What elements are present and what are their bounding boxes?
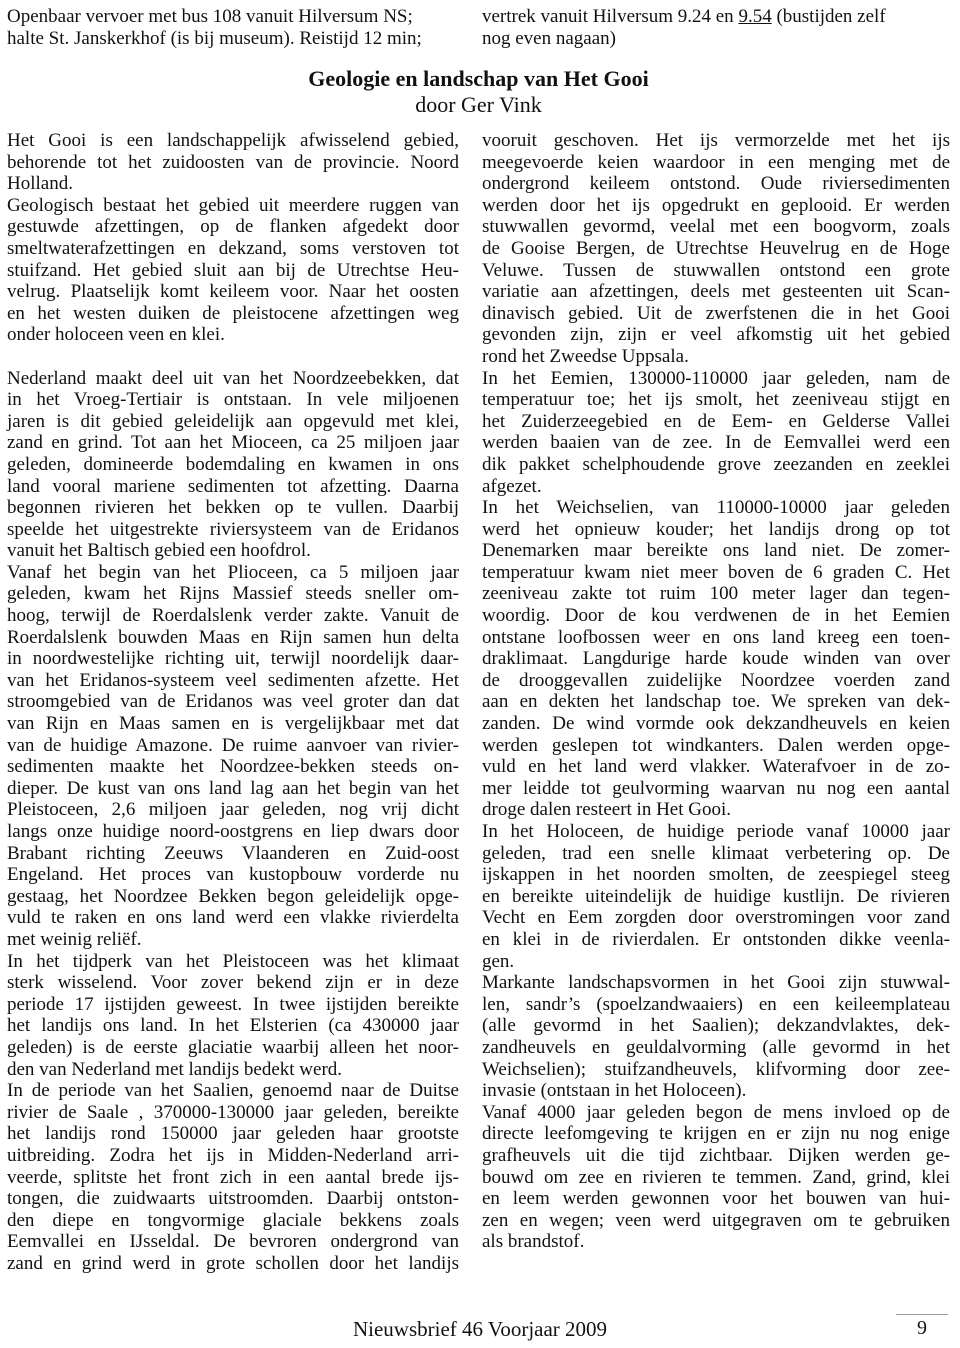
text-line: en leem werden gewonnen voor het bouwen … bbox=[482, 1188, 950, 1210]
text-line: Vanaf het begin van het Plioceen, ca 5 m… bbox=[7, 562, 459, 584]
text-line: meegevoerde keien waardoor in een mengin… bbox=[482, 152, 950, 174]
text-line: In het Eemien, 130000-110000 jaar gelede… bbox=[482, 368, 950, 390]
text-line: dinavisch gebied. Uit de zwerfstenen die… bbox=[482, 303, 950, 325]
text-line: sterk wisselend. Voor zover bekend zijn … bbox=[7, 972, 459, 994]
paragraph: Geologisch bestaat het gebied uit meerde… bbox=[7, 195, 459, 346]
paragraph: In de periode van het Saalien, genoemd n… bbox=[7, 1080, 459, 1274]
text-line: Brabant richting Zeeuws Vlaanderen en Zu… bbox=[7, 843, 459, 865]
text-line: invasie (ontstaan in het Holoceen). bbox=[482, 1080, 950, 1102]
text-line: stroomgebied van de Eridanos was veel gr… bbox=[7, 691, 459, 713]
text-line: uitbreiding. Zodra het ijs in Midden-Ned… bbox=[7, 1145, 459, 1167]
text-line: in noordwestelijke richting uit, terwijl… bbox=[7, 648, 459, 670]
text-line: Eemvallei en IJsseldal. De bevroren onde… bbox=[7, 1231, 459, 1253]
text-line: velrug. Plaatselijk komt keileem voor. N… bbox=[7, 281, 459, 303]
text-line: afgezet. bbox=[482, 476, 950, 498]
text-line: jaren is dit gebied geleidelijk aan opge… bbox=[7, 411, 459, 433]
paragraph: In het Eemien, 130000-110000 jaar gelede… bbox=[482, 368, 950, 498]
text-line: werden baaien van de zee. In de Eemvalle… bbox=[482, 432, 950, 454]
text-line: temperatuur toe; het ijs smolt, het zeen… bbox=[482, 389, 950, 411]
text-line: en klei in de rivierdalen. Er ontstonden… bbox=[482, 929, 950, 951]
text-line: Denemarken maar bereikte ons land niet. … bbox=[482, 540, 950, 562]
text-line: geleden, kwam het Rijns Massief steeds s… bbox=[7, 583, 459, 605]
text-line: den diepe en tongvormige glaciale bekken… bbox=[7, 1210, 459, 1232]
text-line: geleden) is de eerste glaciatie waarbij … bbox=[7, 1037, 459, 1059]
text-line: sedimenten maakte het Noordzee-bekken st… bbox=[7, 756, 459, 778]
text-line: aan en dekten het landschap toe. We spre… bbox=[482, 691, 950, 713]
paragraph: Vanaf 4000 jaar geleden begon de mens in… bbox=[482, 1102, 950, 1253]
text-line: (alle gevormd in het Saalien); dekzandvl… bbox=[482, 1015, 950, 1037]
text-line: Nederland maakt deel uit van het Noordze… bbox=[7, 368, 459, 390]
text-line: woordig. Door de kou verdwenen de in het… bbox=[482, 605, 950, 627]
text-line: stuifzand. Het gebied sluit aan bij de U… bbox=[7, 260, 459, 282]
article-byline: door Ger Vink bbox=[7, 92, 950, 118]
text-line: met weinig reliëf. bbox=[7, 929, 459, 951]
text-line: Vecht en Eem zorgden door overstromingen… bbox=[482, 907, 950, 929]
text-line: zen en wegen; veen werd uitgegraven om t… bbox=[482, 1210, 950, 1232]
transport-note-line: Openbaar vervoer met bus 108 vanuit Hilv… bbox=[7, 6, 459, 28]
text-line: het landijs rond 150000 jaar geleden haa… bbox=[7, 1123, 459, 1145]
text-line: behorende tot het zuidoosten van de prov… bbox=[7, 152, 459, 174]
transport-note: Openbaar vervoer met bus 108 vanuit Hilv… bbox=[7, 6, 950, 50]
newsletter-page: Openbaar vervoer met bus 108 vanuit Hilv… bbox=[0, 0, 960, 1348]
footer-page-number: 9 bbox=[896, 1314, 948, 1340]
article-title-block: Geologie en landschap van Het Gooi door … bbox=[7, 66, 950, 118]
text-line: zand en grind werd in grote schollen doo… bbox=[7, 1253, 459, 1275]
text-line: werden door het ijs opgedrukt en geplooi… bbox=[482, 195, 950, 217]
text-line: mer leidde tot geulvorming waarvan nu no… bbox=[482, 778, 950, 800]
text-line: vooruit geschoven. Het ijs vermorzelde m… bbox=[482, 130, 950, 152]
text-line: land vooral mariene sedimenten tot afzet… bbox=[7, 476, 459, 498]
text-line: speelde het uitgestrekte riviersysteem v… bbox=[7, 519, 459, 541]
text-line: als brandstof. bbox=[482, 1231, 950, 1253]
text-line: de drooggevallen zuidelijke Noordzee voe… bbox=[482, 670, 950, 692]
text-line: langs onze huidige noord-oostgrens en li… bbox=[7, 821, 459, 843]
paragraph: In het tijdperk van het Pleistoceen was … bbox=[7, 951, 459, 1081]
text-line: en het westen duiken de pleistocene afze… bbox=[7, 303, 459, 325]
departure-times-post: (bustijden zelf bbox=[772, 6, 886, 27]
text-line: directe leefomgeving te krijgen en er zi… bbox=[482, 1123, 950, 1145]
text-line: gen. bbox=[482, 951, 950, 973]
text-line: Engeland. Het proces van kustopbouw vord… bbox=[7, 864, 459, 886]
departure-times-pre: vertrek vanuit Hilversum 9.24 en bbox=[482, 6, 738, 27]
paragraph: In het Weichselien, van 110000-10000 jaa… bbox=[482, 497, 950, 821]
text-line: van het Eridanos-systeem veel sedimenten… bbox=[7, 670, 459, 692]
text-line: Vanaf 4000 jaar geleden begon de mens in… bbox=[482, 1102, 950, 1124]
text-line: rond het Zweedse Uppsala. bbox=[482, 346, 950, 368]
text-line: In het Holoceen, de huidige periode vana… bbox=[482, 821, 950, 843]
text-line: zand en grind. Tot aan het Mioceen, ca 2… bbox=[7, 432, 459, 454]
text-line: gestuwde afzettingen, op de flanken afge… bbox=[7, 216, 459, 238]
paragraph: vooruit geschoven. Het ijs vermorzelde m… bbox=[482, 130, 950, 368]
text-line: den van Nederland met landijs bedekt wer… bbox=[7, 1059, 459, 1081]
transport-note-right: vertrek vanuit Hilversum 9.24 en 9.54 (b… bbox=[482, 6, 950, 50]
text-line: zandheuvels en geuldalvorming (alle gevo… bbox=[482, 1037, 950, 1059]
text-line: dik pakket schelphoudende grove zeezande… bbox=[482, 454, 950, 476]
text-line: Geologisch bestaat het gebied uit meerde… bbox=[7, 195, 459, 217]
departure-times-line: vertrek vanuit Hilversum 9.24 en 9.54 (b… bbox=[482, 6, 950, 28]
text-line: begonnen rivieren het bekken op te vulle… bbox=[7, 497, 459, 519]
text-line: Het Gooi is een landschappelijk afwissel… bbox=[7, 130, 459, 152]
text-line: rivier de Saale , 370000-130000 jaar gel… bbox=[7, 1102, 459, 1124]
text-line: vuld te raken en ons land werd een vlakk… bbox=[7, 907, 459, 929]
text-line: Roerdalslenk bouwden Maas en Rijn samen … bbox=[7, 627, 459, 649]
text-line: len, sandr’s (spoelzandwaaiers) en een k… bbox=[482, 994, 950, 1016]
departure-time-underlined: 9.54 bbox=[738, 6, 771, 27]
text-line: hoog, terwijl de Roerdalslenk verder zak… bbox=[7, 605, 459, 627]
text-line: droge dalen resteert in Het Gooi. bbox=[482, 799, 950, 821]
text-line: zeeniveau zakte tot ruim 100 meter lager… bbox=[482, 583, 950, 605]
transport-note-left: Openbaar vervoer met bus 108 vanuit Hilv… bbox=[7, 6, 459, 50]
text-line: van Rijn en Maas samen en is vergelijkba… bbox=[7, 713, 459, 735]
text-line: dieper. De kust van ons land lag aan het… bbox=[7, 778, 459, 800]
text-line: Holland. bbox=[7, 173, 459, 195]
text-line: Markante landschapsvormen in het Gooi zi… bbox=[482, 972, 950, 994]
text-line: onder holoceen veen en klei. bbox=[7, 324, 459, 346]
text-line: gevonden zijn, zijn er veel afkomstig ui… bbox=[482, 324, 950, 346]
paragraph: Het Gooi is een landschappelijk afwissel… bbox=[7, 130, 459, 195]
text-line: vuld en het land werd vlakker. Waterafvo… bbox=[482, 756, 950, 778]
transport-note-line: halte St. Janskerkhof (is bij museum). R… bbox=[7, 28, 459, 50]
text-line: en bereikte uiteindelijk de huidige kust… bbox=[482, 886, 950, 908]
text-line: variatie aan afzettingen, deels met gest… bbox=[482, 281, 950, 303]
text-line: In het Weichselien, van 110000-10000 jaa… bbox=[482, 497, 950, 519]
text-line: periode 17 ijstijden geweest. In twee ij… bbox=[7, 994, 459, 1016]
text-line: het Zuiderzeegebied en de Eem- en Gelder… bbox=[482, 411, 950, 433]
text-line: werd het opnieuw kouder; het landijs dro… bbox=[482, 519, 950, 541]
text-line: ontstane loofbossen weer en ons land kre… bbox=[482, 627, 950, 649]
paragraph: In het Holoceen, de huidige periode vana… bbox=[482, 821, 950, 972]
text-line: Veluwe. Tussen de stuwwallen ontstond ee… bbox=[482, 260, 950, 282]
text-line: vanuit het Baltisch gebied een hoofdrol. bbox=[7, 540, 459, 562]
left-column: Het Gooi is een landschappelijk afwissel… bbox=[7, 130, 459, 1274]
right-column: vooruit geschoven. Het ijs vermorzelde m… bbox=[482, 130, 950, 1274]
text-line: Pleistoceen, 2,6 miljoen jaar geleden, n… bbox=[7, 799, 459, 821]
paragraph: Markante landschapsvormen in het Gooi zi… bbox=[482, 972, 950, 1102]
departure-times-line2: nog even nagaan) bbox=[482, 28, 950, 50]
text-line: in het Vroeg-Tertiair is ontstaan. In ve… bbox=[7, 389, 459, 411]
paragraph: Nederland maakt deel uit van het Noordze… bbox=[7, 368, 459, 562]
text-line: gestaag, het Noordzee Bekken begon gelei… bbox=[7, 886, 459, 908]
text-line: In het tijdperk van het Pleistoceen was … bbox=[7, 951, 459, 973]
text-line: bouwd om zee en rivieren te temmen. Zand… bbox=[482, 1167, 950, 1189]
text-line: werden geslepen tot windkanters. Dalen w… bbox=[482, 735, 950, 757]
paragraph: Vanaf het begin van het Plioceen, ca 5 m… bbox=[7, 562, 459, 951]
text-line: stuwwallen gevormd, veelal met een boogv… bbox=[482, 216, 950, 238]
text-line: geleden, domineerde bodemdaling en kwame… bbox=[7, 454, 459, 476]
text-line: geleden, trad een snelle klimaat verbete… bbox=[482, 843, 950, 865]
text-line: zanden. De wind vormde ook dekzandheuvel… bbox=[482, 713, 950, 735]
footer-journal-title: Nieuwsbrief 46 Voorjaar 2009 bbox=[0, 1317, 960, 1341]
text-line: smeltwaterafzettingen en dekzand, soms v… bbox=[7, 238, 459, 260]
text-line: grafheuvels uit die tijd zichtbaar. Dijk… bbox=[482, 1145, 950, 1167]
text-line: tongen, die zuidwaarts uitstroomden. Daa… bbox=[7, 1188, 459, 1210]
text-line: Weichselien); stuifzandheuvels, klifvorm… bbox=[482, 1059, 950, 1081]
text-line: de Gooise Bergen, de Utrechtse Heuvelrug… bbox=[482, 238, 950, 260]
text-line: het landijs ons land. In het Elsterien (… bbox=[7, 1015, 459, 1037]
text-line: draklimaat. Langdurige harde koude winde… bbox=[482, 648, 950, 670]
text-line: veerde, splitste het front zich in een a… bbox=[7, 1167, 459, 1189]
text-line: van de huidige Amazone. De ruime aanvoer… bbox=[7, 735, 459, 757]
article-body: Het Gooi is een landschappelijk afwissel… bbox=[7, 130, 950, 1274]
text-line: ondergrond keileem ontstond. Oude rivier… bbox=[482, 173, 950, 195]
text-line: temperatuur kwam niet meer boven de 6 gr… bbox=[482, 562, 950, 584]
text-line: In de periode van het Saalien, genoemd n… bbox=[7, 1080, 459, 1102]
article-title: Geologie en landschap van Het Gooi bbox=[7, 66, 950, 92]
text-line: ijskappen in het noorden smolten, de zee… bbox=[482, 864, 950, 886]
